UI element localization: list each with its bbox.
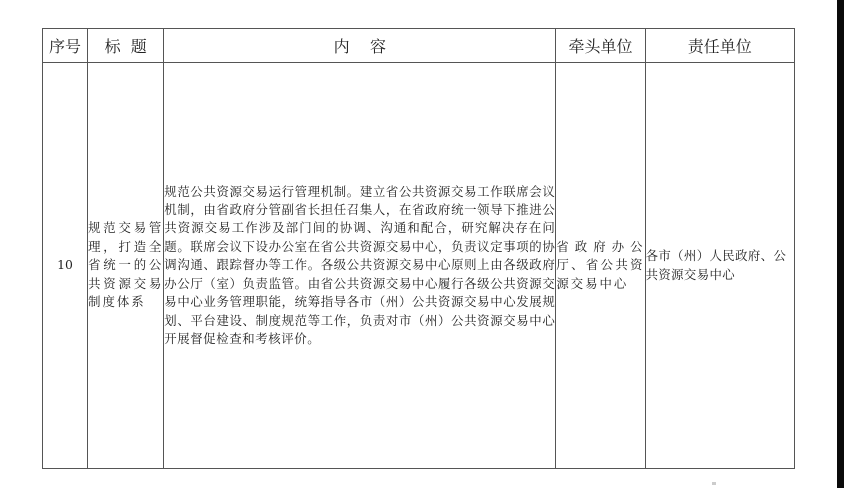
header-lead-unit: 牵头单位 [556, 29, 645, 63]
header-title: 标 题 [88, 29, 164, 63]
header-content: 内 容 [164, 29, 556, 63]
table-row: 10 规范交易管理，打造全省统一的公共资源交易制度体系 规范公共资源交易运行管理… [43, 63, 795, 469]
cell-title: 规范交易管理，打造全省统一的公共资源交易制度体系 [88, 63, 164, 469]
policy-table: 序号 标 题 内 容 牵头单位 责任单位 10 规范交易管理，打造全省统一的公共… [42, 28, 795, 469]
header-no: 序号 [43, 29, 88, 63]
cell-responsible-unit: 各市（州）人民政府、公共资源交易中心 [645, 63, 794, 469]
cell-lead-unit: 省政府办公厅、省公共资源交易中心 [556, 63, 645, 469]
page-edge-strip [837, 0, 844, 488]
cell-no: 10 [43, 63, 88, 469]
header-responsible-unit: 责任单位 [645, 29, 794, 63]
scan-artifact [712, 482, 716, 485]
header-row: 序号 标 题 内 容 牵头单位 责任单位 [43, 29, 795, 63]
cell-content: 规范公共资源交易运行管理机制。建立省公共资源交易工作联席会议机制，由省政府分管副… [164, 63, 556, 469]
